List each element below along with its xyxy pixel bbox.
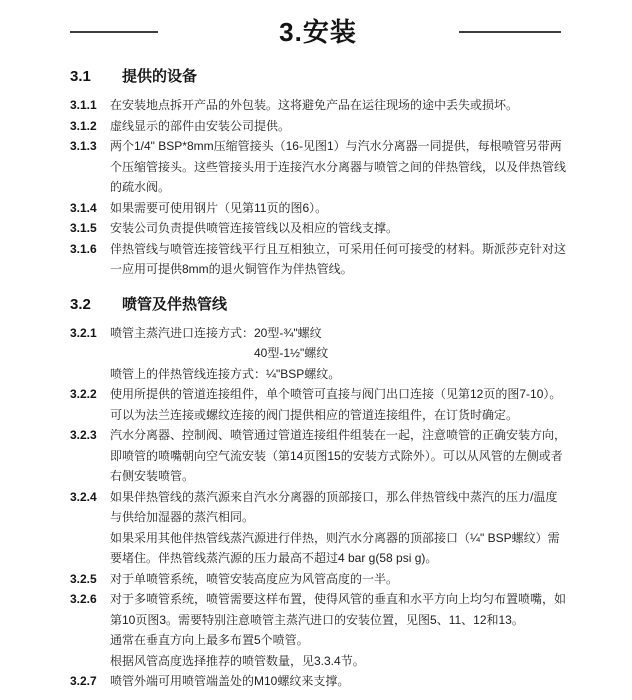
clause-number: 3.2.2 bbox=[70, 384, 110, 405]
clause-3-1-1: 3.1.1 在安装地点拆开产品的外包装。这将避免产品在运往现场的途中丢失或损坏。 bbox=[70, 95, 566, 116]
clause-number: 3.2.4 bbox=[70, 487, 110, 508]
clause-3-2-6: 3.2.6 对于多喷管系统，喷管需要这样布置，使得风管的垂直和水平方向上均匀布置… bbox=[70, 589, 566, 671]
clause-paragraph: 40型-1½"螺纹 bbox=[110, 343, 566, 364]
clause-paragraph: 喷管外端可用喷管端盖处的M10螺纹来支撑。 bbox=[110, 671, 566, 692]
clause-number: 3.2.5 bbox=[70, 569, 110, 590]
clause-body: 如果伴热管线的蒸汽源来自汽水分离器的顶部接口，那么伴热管线中蒸汽的压力/温度与供… bbox=[110, 487, 566, 569]
clause-body: 如果需要可使用钢片（见第11页的图6）。 bbox=[110, 198, 566, 219]
clause-paragraph: 两个1/4" BSP*8mm压缩管接头（16-见图1）与汽水分离器一同提供，每根… bbox=[110, 136, 566, 198]
clause-body: 喷管主蒸汽进口连接方式：20型-¾"螺纹 40型-1½"螺纹 喷管上的伴热管线连… bbox=[110, 323, 566, 385]
clause-3-2-5: 3.2.5 对于单喷管系统，喷管安装高度应为风管高度的一半。 bbox=[70, 569, 566, 590]
clause-paragraph: 对于单喷管系统，喷管安装高度应为风管高度的一半。 bbox=[110, 569, 566, 590]
clause-number: 3.1.6 bbox=[70, 239, 110, 260]
clause-number: 3.1.5 bbox=[70, 218, 110, 239]
clause-paragraph: 在安装地点拆开产品的外包装。这将避免产品在运往现场的途中丢失或损坏。 bbox=[110, 95, 566, 116]
section-heading-3-1: 3.1提供的设备 bbox=[70, 65, 566, 86]
clause-3-1-5: 3.1.5 安装公司负责提供喷管连接管线以及相应的管线支撑。 bbox=[70, 218, 566, 239]
clause-3-2-2: 3.2.2 使用所提供的管道连接组件，单个喷管可直接与阀门出口连接（见第12页的… bbox=[70, 384, 566, 425]
clause-paragraph: 喷管主蒸汽进口连接方式：20型-¾"螺纹 bbox=[110, 323, 566, 344]
clause-number: 3.1.1 bbox=[70, 95, 110, 116]
clause-paragraph: 对于多喷管系统，喷管需要这样布置，使得风管的垂直和水平方向上均匀布置喷嘴，如第1… bbox=[110, 589, 566, 630]
title-rule-right bbox=[459, 31, 561, 33]
clause-body: 对于多喷管系统，喷管需要这样布置，使得风管的垂直和水平方向上均匀布置喷嘴，如第1… bbox=[110, 589, 566, 671]
clause-paragraph: 使用所提供的管道连接组件，单个喷管可直接与阀门出口连接（见第12页的图7-10）… bbox=[110, 384, 566, 425]
clause-body: 安装公司负责提供喷管连接管线以及相应的管线支撑。 bbox=[110, 218, 566, 239]
section-title: 喷管及伴热管线 bbox=[122, 293, 227, 314]
title-rule-left bbox=[70, 31, 158, 33]
clause-3-1-4: 3.1.4 如果需要可使用钢片（见第11页的图6）。 bbox=[70, 198, 566, 219]
clause-number: 3.2.1 bbox=[70, 323, 110, 344]
clause-paragraph: 虚线显示的部件由安装公司提供。 bbox=[110, 116, 566, 137]
clause-paragraph: 根据风管高度选择推荐的喷管数量，见3.3.4节。 bbox=[110, 651, 566, 672]
clause-3-1-3: 3.1.3 两个1/4" BSP*8mm压缩管接头（16-见图1）与汽水分离器一… bbox=[70, 136, 566, 198]
manual-page: 3.安装 3.1提供的设备 3.1.1 在安装地点拆开产品的外包装。这将避免产品… bbox=[0, 0, 632, 700]
clause-paragraph: 如果伴热管线的蒸汽源来自汽水分离器的顶部接口，那么伴热管线中蒸汽的压力/温度与供… bbox=[110, 487, 566, 528]
clause-3-1-6: 3.1.6 伴热管线与喷管连接管线平行且互相独立，可采用任何可接受的材料。斯派莎… bbox=[70, 239, 566, 280]
clause-number: 3.2.7 bbox=[70, 671, 110, 692]
clause-3-1-2: 3.1.2 虚线显示的部件由安装公司提供。 bbox=[70, 116, 566, 137]
clause-3-2-3: 3.2.3 汽水分离器、控制阀、喷管通过管道连接组件组装在一起，注意喷管的正确安… bbox=[70, 425, 566, 487]
clause-body: 汽水分离器、控制阀、喷管通过管道连接组件组装在一起，注意喷管的正确安装方向，即喷… bbox=[110, 425, 566, 487]
clause-body: 对于单喷管系统，喷管安装高度应为风管高度的一半。 bbox=[110, 569, 566, 590]
clause-body: 两个1/4" BSP*8mm压缩管接头（16-见图1）与汽水分离器一同提供，每根… bbox=[110, 136, 566, 198]
clause-paragraph: 汽水分离器、控制阀、喷管通过管道连接组件组装在一起，注意喷管的正确安装方向，即喷… bbox=[110, 425, 566, 487]
clause-3-2-1: 3.2.1 喷管主蒸汽进口连接方式：20型-¾"螺纹 40型-1½"螺纹 喷管上… bbox=[70, 323, 566, 385]
section-title: 提供的设备 bbox=[122, 65, 197, 86]
clause-body: 喷管外端可用喷管端盖处的M10螺纹来支撑。 bbox=[110, 671, 566, 692]
clause-body: 使用所提供的管道连接组件，单个喷管可直接与阀门出口连接（见第12页的图7-10）… bbox=[110, 384, 566, 425]
clause-body: 虚线显示的部件由安装公司提供。 bbox=[110, 116, 566, 137]
clause-body: 在安装地点拆开产品的外包装。这将避免产品在运往现场的途中丢失或损坏。 bbox=[110, 95, 566, 116]
clause-number: 3.2.6 bbox=[70, 589, 110, 610]
clause-3-2-7: 3.2.7 喷管外端可用喷管端盖处的M10螺纹来支撑。 bbox=[70, 671, 566, 692]
clause-number: 3.1.4 bbox=[70, 198, 110, 219]
clause-number: 3.1.2 bbox=[70, 116, 110, 137]
section-heading-3-2: 3.2喷管及伴热管线 bbox=[70, 293, 566, 314]
chapter-header: 3.安装 bbox=[70, 12, 566, 52]
clause-paragraph: 通常在垂直方向上最多布置5个喷管。 bbox=[110, 630, 566, 651]
clause-paragraph: 如果需要可使用钢片（见第11页的图6）。 bbox=[110, 198, 566, 219]
clause-body: 伴热管线与喷管连接管线平行且互相独立，可采用任何可接受的材料。斯派莎克针对这一应… bbox=[110, 239, 566, 280]
clause-paragraph: 伴热管线与喷管连接管线平行且互相独立，可采用任何可接受的材料。斯派莎克针对这一应… bbox=[110, 239, 566, 280]
clause-paragraph: 如果采用其他伴热管线蒸汽源进行伴热，则汽水分离器的顶部接口（¼" BSP螺纹）需… bbox=[110, 528, 566, 569]
clause-number: 3.2.3 bbox=[70, 425, 110, 446]
clause-3-2-4: 3.2.4 如果伴热管线的蒸汽源来自汽水分离器的顶部接口，那么伴热管线中蒸汽的压… bbox=[70, 487, 566, 569]
section-number: 3.1 bbox=[70, 68, 110, 85]
clause-paragraph: 安装公司负责提供喷管连接管线以及相应的管线支撑。 bbox=[110, 218, 566, 239]
clause-paragraph: 喷管上的伴热管线连接方式：¼"BSP螺纹。 bbox=[110, 364, 566, 385]
clause-number: 3.1.3 bbox=[70, 136, 110, 157]
section-number: 3.2 bbox=[70, 296, 110, 313]
